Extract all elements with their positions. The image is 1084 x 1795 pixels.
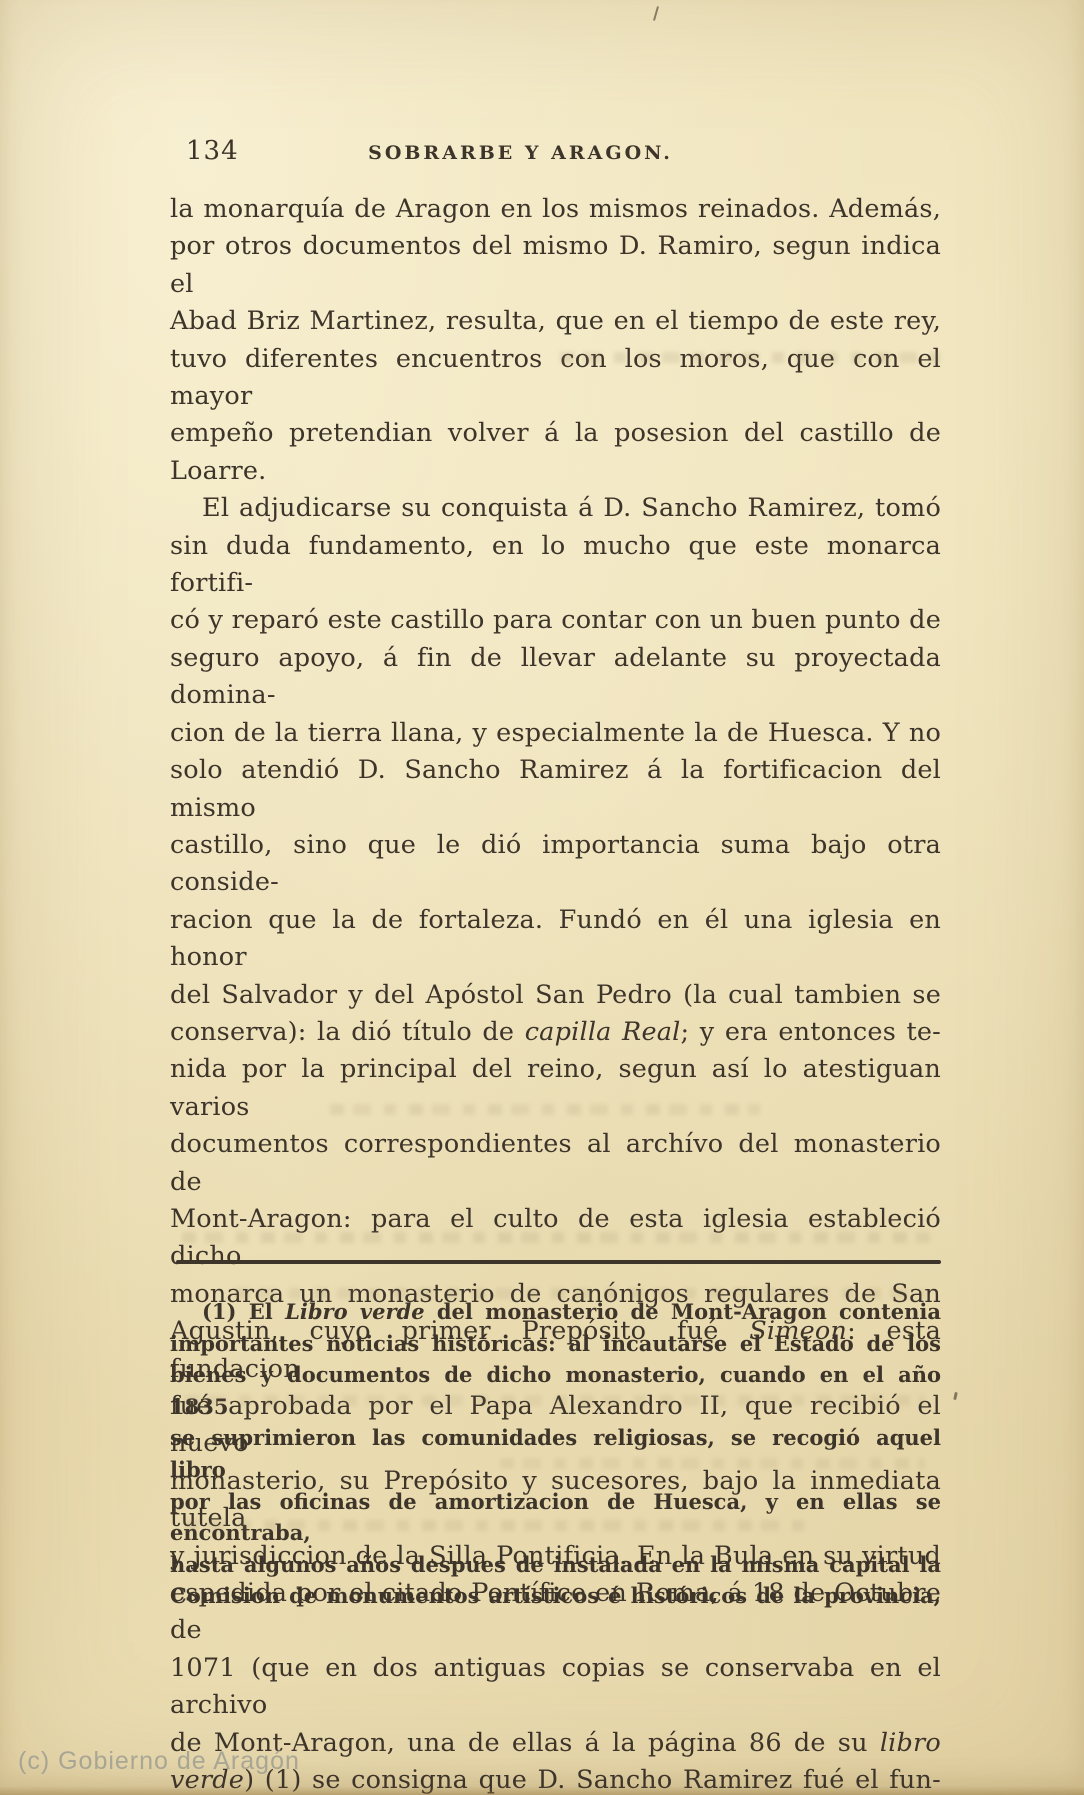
show-through-smudge	[330, 1104, 760, 1115]
footnote-text: (1) El Libro verde del monasterio de Mon…	[170, 1296, 941, 1612]
text-line: solo atendió D. Sancho Ramirez á la fort…	[170, 752, 941, 827]
text-line: seguro apoyo, á fin de llevar adelante s…	[170, 640, 941, 715]
text-line: Abad Briz Martinez, resulta, que en el t…	[170, 303, 941, 340]
text-line: conserva): la dió título de capilla Real…	[170, 1014, 941, 1051]
show-through-smudge	[500, 1458, 925, 1469]
text-line: por las oficinas de amortizacion de Hues…	[170, 1486, 941, 1549]
text-line: castillo, sino que le dió importancia su…	[170, 827, 941, 902]
scan-speck	[653, 6, 659, 21]
text-line: importantes noticias históricas: al inca…	[170, 1328, 941, 1360]
show-through-smudge	[185, 1520, 815, 1531]
footnote-separator-rule	[176, 1260, 941, 1264]
scan-speck	[953, 1392, 958, 1400]
text-line: Loarre.	[170, 453, 941, 490]
show-through-smudge	[185, 1395, 925, 1406]
text-line: se suprimieron las comunidades religiosa…	[170, 1422, 941, 1485]
show-through-smudge	[560, 352, 940, 363]
text-line: del Salvador y del Apóstol San Pedro (la…	[170, 977, 941, 1014]
show-through-smudge	[182, 1232, 930, 1243]
text-line: la monarquía de Aragon en los mismos rei…	[170, 191, 941, 228]
text-line: El adjudicarse su conquista á D. Sancho …	[170, 490, 941, 527]
page-bottom-edge	[0, 1786, 1084, 1795]
text-line: documentos correspondientes al archívo d…	[170, 1126, 941, 1201]
copyright-watermark: (c) Gobierno de Aragón	[18, 1747, 300, 1776]
text-line: bienes y documentos de dicho monasterio,…	[170, 1359, 941, 1422]
text-line: có y reparó este castillo para contar co…	[170, 602, 941, 639]
text-line: empeño pretendian volver á la posesion d…	[170, 415, 941, 452]
text-line: (1) El Libro verde del monasterio de Mon…	[170, 1296, 941, 1328]
show-through-smudge	[235, 1288, 925, 1299]
text-line: sin duda fundamento, en lo mucho que est…	[170, 528, 941, 603]
text-line: por otros documentos del mismo D. Ramiro…	[170, 228, 941, 303]
text-line: hasta algunos años despues de instalada …	[170, 1549, 941, 1581]
text-line: cion de la tierra llana, y especialmente…	[170, 715, 941, 752]
text-line: racion que la de fortaleza. Fundó en él …	[170, 902, 941, 977]
scanned-book-page: 134 SOBRARBE Y ARAGON. la monarquía de A…	[0, 0, 1084, 1795]
running-title: SOBRARBE Y ARAGON.	[170, 142, 871, 164]
text-line: Comision de monumentos artísticos é hist…	[170, 1580, 941, 1612]
text-line: 1071 (que en dos antiguas copias se cons…	[170, 1650, 941, 1725]
